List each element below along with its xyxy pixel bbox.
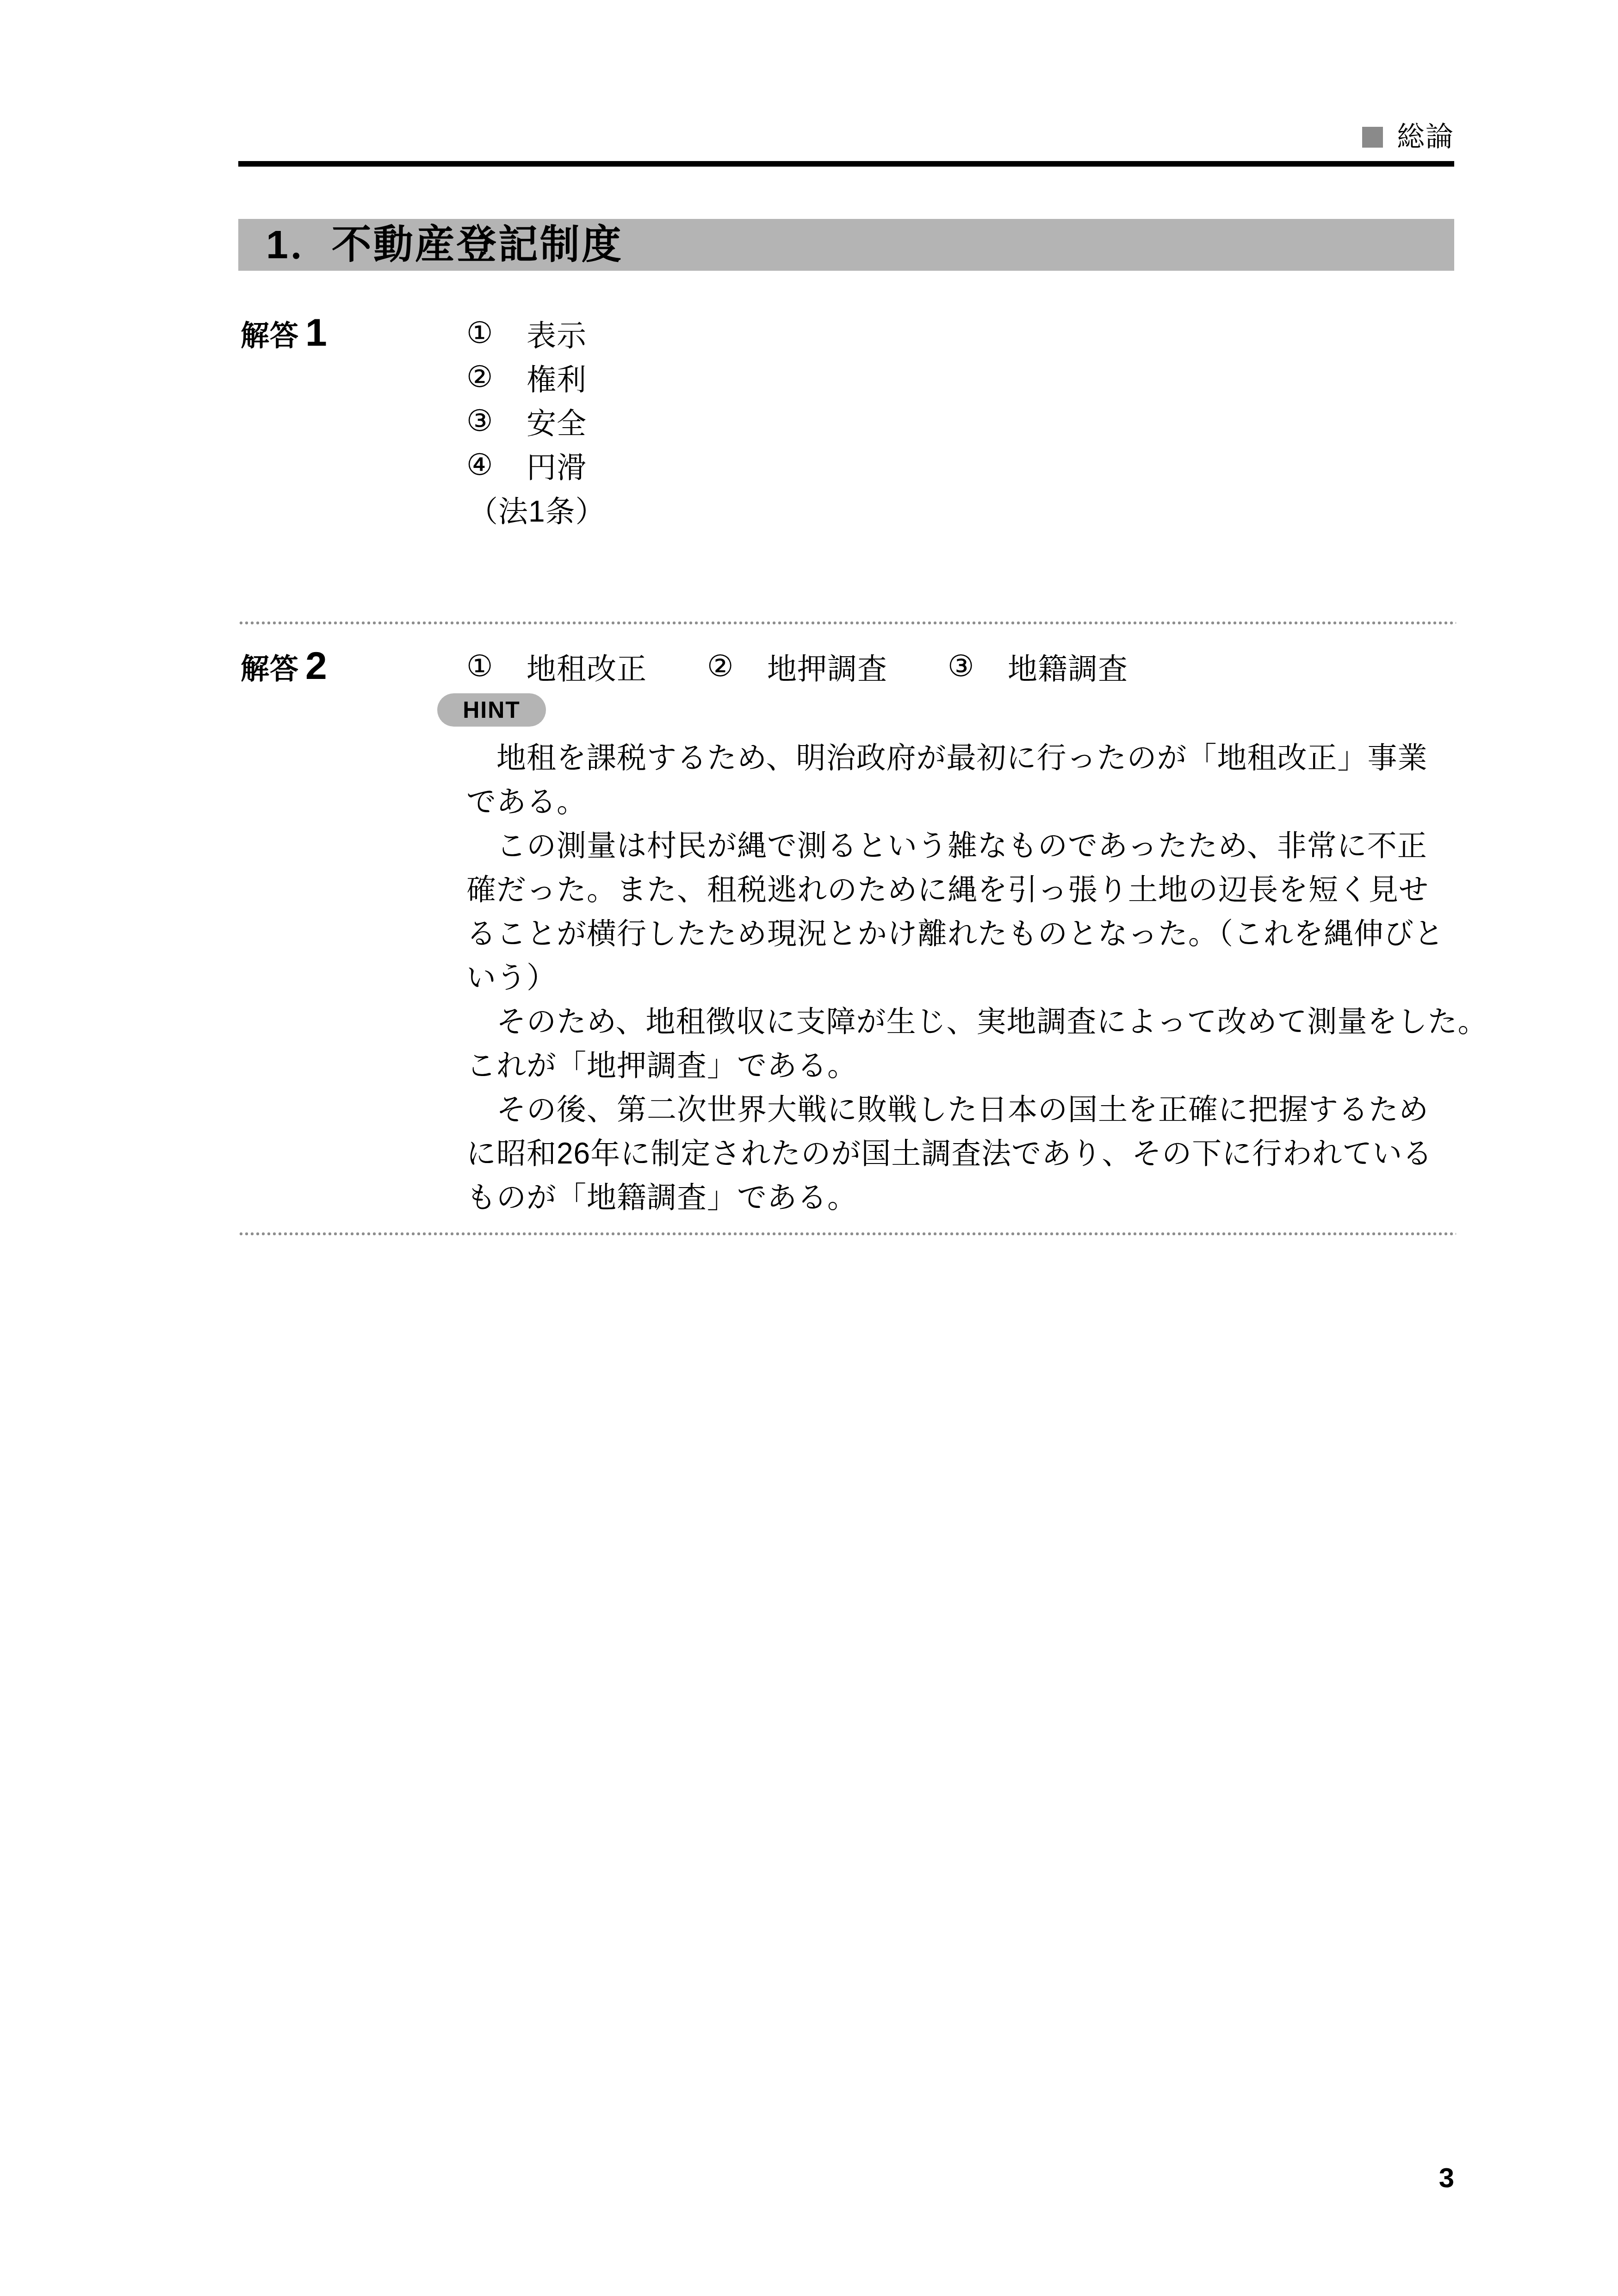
- answer1-item-text: 権利: [527, 356, 587, 398]
- dotted-separator: [239, 621, 1456, 625]
- hint-body-text: 地租を課税するため、明治政府が最初に行ったのが「地租改正」事業 である。 この測…: [466, 736, 1484, 1220]
- answer1-label-text: 解答: [241, 322, 299, 351]
- page-number: 3: [1439, 2164, 1454, 2192]
- answer1-item: ④ 円滑: [466, 443, 606, 487]
- answer1-item-text: 円滑: [527, 444, 587, 486]
- answer1-item: ③ 安全: [466, 399, 606, 443]
- circled-number-icon: ②: [707, 649, 738, 684]
- answer1-law-reference: （法1条）: [466, 487, 606, 531]
- answer1-item-text: 表示: [527, 312, 587, 355]
- answer2-item-text: 地租改正: [527, 645, 647, 688]
- answer1-items: ① 表示 ② 権利 ③ 安全 ④ 円滑 （法1条）: [466, 311, 606, 531]
- chapter-title: 1．不動産登記制度: [238, 225, 623, 265]
- answer1-item: ② 権利: [466, 355, 606, 399]
- circled-number-icon: ②: [466, 360, 497, 394]
- answer2-items: ① 地租改正 ② 地押調査 ③ 地籍調査: [466, 644, 1128, 688]
- answer2-label-number: 2: [305, 646, 327, 685]
- circled-number-icon: ①: [466, 316, 497, 350]
- hint-badge-label: HINT: [463, 698, 521, 722]
- section-label: 総論: [1397, 123, 1454, 151]
- answer2-item-text: 地押調査: [767, 645, 887, 688]
- dotted-separator: [239, 1232, 1456, 1236]
- answer1-item-text: 安全: [527, 400, 587, 442]
- answer2-item-text: 地籍調査: [1008, 645, 1128, 688]
- answer2-label-text: 解答: [241, 655, 299, 684]
- page-header: 総論: [1362, 122, 1454, 152]
- answer2-item: ③ 地籍調査: [948, 645, 1128, 688]
- header-rule: [238, 161, 1454, 167]
- document-page: 総論 1．不動産登記制度 解答 1 ① 表示 ② 権利 ③ 安全 ④ 円滑 （法…: [0, 0, 1618, 2296]
- circled-number-icon: ①: [466, 649, 497, 684]
- answer1-label: 解答 1: [241, 313, 327, 352]
- chapter-title-bar: 1．不動産登記制度: [238, 219, 1454, 271]
- circled-number-icon: ④: [466, 448, 497, 482]
- answer2-item: ① 地租改正: [466, 645, 647, 688]
- answer2-item: ② 地押調査: [707, 645, 887, 688]
- circled-number-icon: ③: [948, 649, 978, 684]
- circled-number-icon: ③: [466, 404, 497, 438]
- answer2-label: 解答 2: [241, 646, 327, 685]
- answer1-item: ① 表示: [466, 311, 606, 355]
- hint-badge: HINT: [437, 693, 546, 727]
- section-marker-square-icon: [1362, 127, 1383, 148]
- answer1-label-number: 1: [305, 313, 327, 352]
